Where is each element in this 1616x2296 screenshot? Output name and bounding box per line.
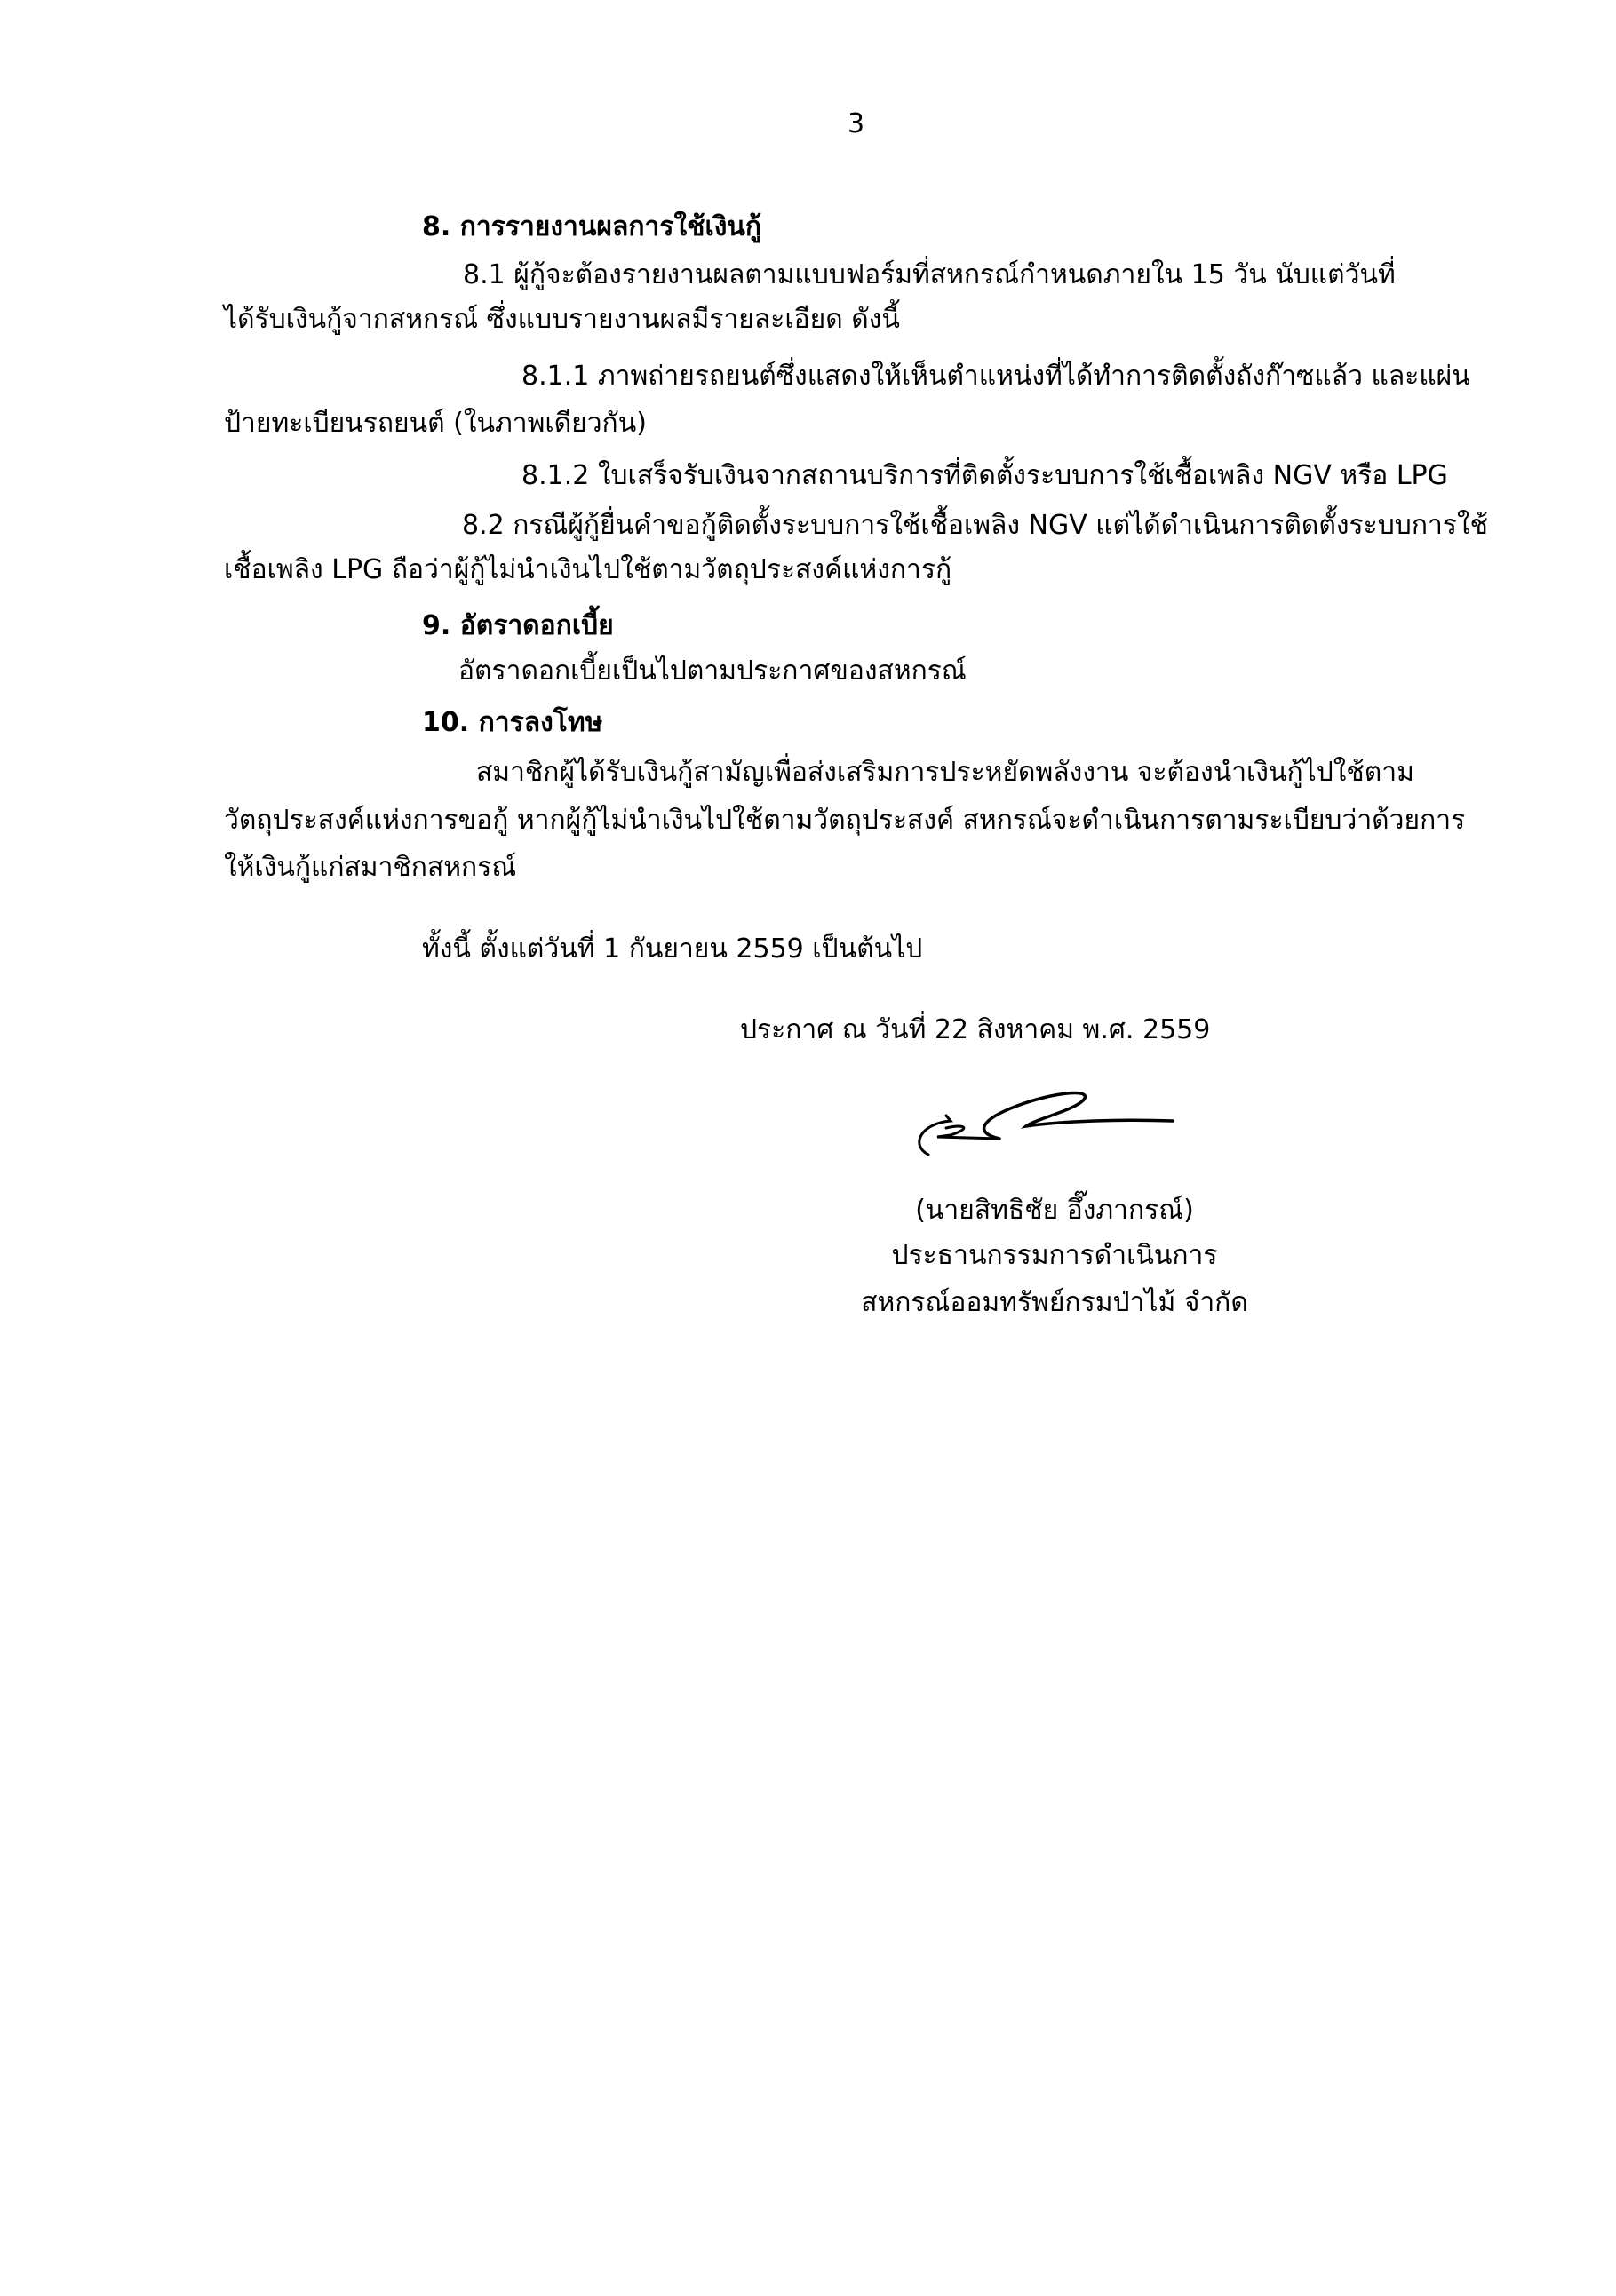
signatory-name: (นายสิทธิชัย อึ๊งภากรณ์) <box>915 1193 1194 1228</box>
section-8-2-line-2: เชื้อเพลิง LPG ถือว่าผู้กู้ไม่นำเงินไปใช… <box>224 552 951 588</box>
section-10-heading: 10. การลงโทษ <box>422 705 602 741</box>
page-number: 3 <box>848 107 864 142</box>
section-8-1-1-line-1: 8.1.1 ภาพถ่ายรถยนต์ซึ่งแสดงให้เห็นตำแหน่… <box>521 359 1470 394</box>
section-8-2-line-1: 8.2 กรณีผู้กู้ยื่นคำขอกู้ติดตั้งระบบการใ… <box>462 508 1488 544</box>
signatory-organization: สหกรณ์ออมทรัพย์กรมป่าไม้ จำกัด <box>861 1285 1248 1321</box>
signature-image <box>902 1084 1195 1164</box>
section-8-1-line-1: 8.1 ผู้กู้จะต้องรายงานผลตามแบบฟอร์มที่สห… <box>463 258 1396 293</box>
effective-date: ทั้งนี้ ตั้งแต่วันที่ 1 กันยายน 2559 เป็… <box>422 932 922 967</box>
announcement-date: ประกาศ ณ วันที่ 22 สิงหาคม พ.ศ. 2559 <box>740 1013 1210 1048</box>
section-10-line-1: สมาชิกผู้ได้รับเงินกู้สามัญเพื่อส่งเสริม… <box>476 755 1414 790</box>
section-10-line-2: วัตถุประสงค์แห่งการขอกู้ หากผู้กู้ไม่นำเ… <box>224 803 1465 838</box>
signatory-title: ประธานกรรมการดำเนินการ <box>892 1238 1218 1274</box>
section-9-body: อัตราดอกเบี้ยเป็นไปตามประกาศของสหกรณ์ <box>458 654 967 689</box>
section-10-line-3: ให้เงินกู้แก่สมาชิกสหกรณ์ <box>224 850 516 886</box>
section-8-1-1-line-2: ป้ายทะเบียนรถยนต์ (ในภาพเดียวกัน) <box>224 406 647 441</box>
section-8-1-2: 8.1.2 ใบเสร็จรับเงินจากสถานบริการที่ติดต… <box>521 458 1448 494</box>
section-8-heading: 8. การรายงานผลการใช้เงินกู้ <box>422 210 761 245</box>
section-9-heading: 9. อัตราดอกเบี้ย <box>422 608 614 644</box>
section-8-1-line-2: ได้รับเงินกู้จากสหกรณ์ ซึ่งแบบรายงานผลมี… <box>224 302 900 338</box>
